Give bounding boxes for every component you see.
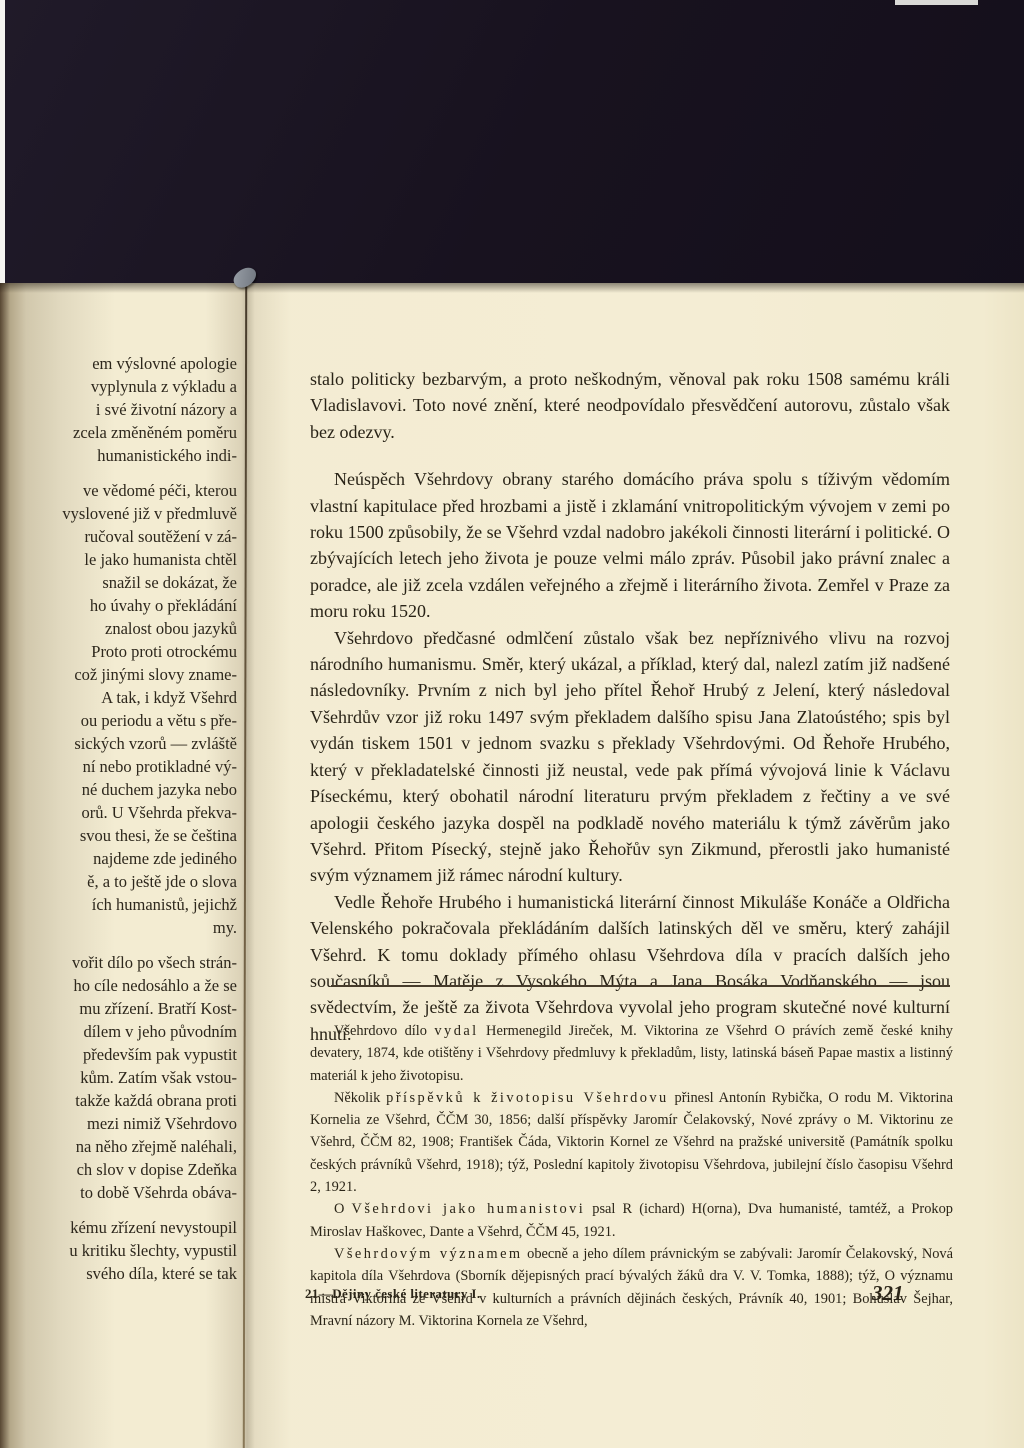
left-page-text-column: em výslovné apologievyplynula z výkladu …	[4, 352, 237, 1297]
footnote-text: Všehrdovo dílo	[334, 1023, 434, 1039]
left-page-line: zcela změněném poměru	[4, 421, 237, 444]
body-paragraph: Všehrdovo předčasné odmlčení zůstalo vša…	[310, 625, 950, 889]
footnote-emphasis: příspěvků k životopisu Všehrdovu	[386, 1090, 669, 1106]
left-page-line: né duchem jazyka nebo	[4, 778, 237, 801]
left-page-line: mu zřízení. Bratří Kost-	[4, 997, 237, 1020]
page-number: 321	[872, 1281, 904, 1306]
body-paragraph: stalo politicky bezbarvým, a proto neško…	[310, 366, 950, 445]
left-page-line: kému zřízení nevystoupil	[4, 1216, 237, 1239]
left-page-line: dílem v jeho původním	[4, 1020, 237, 1043]
left-page-paragraph: kému zřízení nevystoupilu kritiku šlecht…	[4, 1216, 237, 1285]
left-page-line: najdeme zde jediného	[4, 847, 237, 870]
footnote-text: O	[334, 1201, 351, 1217]
left-page-line: ou periodu a větu s pře-	[4, 709, 237, 732]
left-page-line: kům. Zatím však vstou-	[4, 1066, 237, 1089]
left-page-line: ho úvahy o překládání	[4, 594, 237, 617]
footnote-text: Několik	[334, 1090, 386, 1106]
footnote-paragraph: Několik příspěvků k životopisu Všehrdovu…	[310, 1087, 953, 1198]
left-page-line: ve vědomé péči, kterou	[4, 479, 237, 502]
left-page-line: le jako humanista chtěl	[4, 548, 237, 571]
left-page-line: Proto proti otrockému	[4, 640, 237, 663]
left-page-line: takže každá obrana proti	[4, 1089, 237, 1112]
left-page-line: snažil se dokázat, že	[4, 571, 237, 594]
left-page-line: což jinými slovy zname-	[4, 663, 237, 686]
left-page-line: svou thesi, že se čeština	[4, 824, 237, 847]
left-page-paragraph: em výslovné apologievyplynula z výkladu …	[4, 352, 237, 467]
left-page-paragraph: vořit dílo po všech strán-ho cíle nedosá…	[4, 951, 237, 1204]
footnote-separator-rule	[331, 985, 950, 987]
left-page-line: ní nebo protikladné vý-	[4, 755, 237, 778]
footnote-emphasis: Všehrdovi jako humanistovi	[351, 1201, 585, 1217]
left-page-line: to době Všehrda obáva-	[4, 1181, 237, 1204]
footnote-paragraph: Všehrdovo dílo vydal Hermenegild Jireček…	[310, 1020, 953, 1087]
left-page-line: ručoval soutěžení v zá-	[4, 525, 237, 548]
left-page-line: především pak vypustit	[4, 1043, 237, 1066]
photo-left-edge	[0, 0, 5, 287]
left-page-line: mezi nimiž Všehrdovo	[4, 1112, 237, 1135]
body-paragraph: Neúspěch Všehrdovy obrany starého domácí…	[310, 466, 950, 624]
left-page-line: svého díla, které se tak	[4, 1262, 237, 1285]
left-page-line: i své životní názory a	[4, 398, 237, 421]
left-page-line: ích humanistů, jejichž	[4, 893, 237, 916]
left-page-line: ho cíle nedosáhlo a že se	[4, 974, 237, 997]
left-page-line: em výslovné apologie	[4, 352, 237, 375]
left-page-line: orů. U Všehrda překva-	[4, 801, 237, 824]
left-page-paragraph: ve vědomé péči, kterouvyslovené již v př…	[4, 479, 237, 939]
signature-line: 21—Dějiny české literatury I.	[305, 1286, 481, 1302]
footnote-emphasis: Všehrdovým významem	[334, 1246, 523, 1262]
left-page-line: my.	[4, 916, 237, 939]
left-page-line: na něho zřejmě naléhali,	[4, 1135, 237, 1158]
left-page-line: humanistického indi-	[4, 444, 237, 467]
left-page-line: vyslovené již v předmluvě	[4, 502, 237, 525]
left-page-line: sických vzorů — zvláště	[4, 732, 237, 755]
right-page-body-text: stalo politicky bezbarvým, a proto neško…	[310, 366, 950, 1047]
photo-top-notch	[895, 0, 978, 5]
footnote-paragraph: O Všehrdovi jako humanistovi psal R (ich…	[310, 1198, 953, 1243]
left-page-line: vyplynula z výkladu a	[4, 375, 237, 398]
left-page-line: ch slov v dopise Zdeňka	[4, 1158, 237, 1181]
footnote-emphasis: vydal	[434, 1023, 478, 1039]
photo-of-open-book: { "left_page": { "paragraphs": [ {"lines…	[0, 0, 1024, 1448]
left-page-line: ě, a to ještě jde o slova	[4, 870, 237, 893]
left-page-line: A tak, i když Všehrd	[4, 686, 237, 709]
left-page-line: vořit dílo po všech strán-	[4, 951, 237, 974]
left-page-line: u kritiku šlechty, vypustil	[4, 1239, 237, 1262]
left-page-line: znalost obou jazyků	[4, 617, 237, 640]
